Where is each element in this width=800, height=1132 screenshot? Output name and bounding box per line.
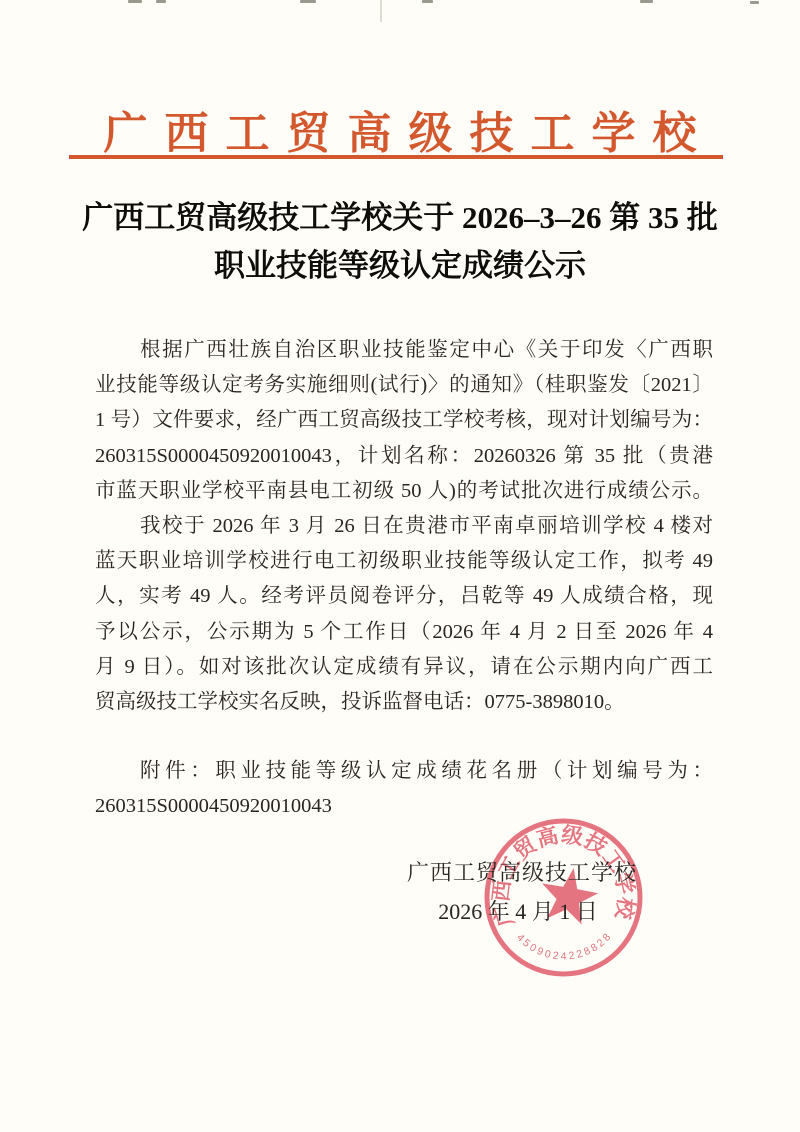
body-line: 业技能等级认定考务实施细则(试行)〉的通知》（桂职鉴发〔2021〕 [95,368,713,403]
scan-artifact [750,1,759,4]
body-line: 根据广西壮族自治区职业技能鉴定中心《关于印发〈广西职 [95,333,713,368]
document-page: 广西工贸高级技工学校 广西工贸高级技工学校关于 2026–3–26 第 35 批… [0,0,800,1132]
scan-artifact [300,0,316,3]
document-title-line1: 广西工贸高级技工学校关于 2026–3–26 第 35 批 [0,194,800,242]
body-line: 蓝天职业培训学校进行电工初级职业技能等级认定工作，拟考 49 [95,544,713,579]
body-line: 1 号）文件要求，经广西工贸高级技工学校考核，现对计划编号为： [95,403,713,438]
paragraph-1: 根据广西壮族自治区职业技能鉴定中心《关于印发〈广西职 业技能等级认定考务实施细则… [95,333,713,509]
scan-artifact [422,0,433,3]
scan-artifact [128,0,142,3]
document-title-line2: 职业技能等级认定成绩公示 [0,242,800,290]
attachment-line1: 附件：职业技能等级认定成绩花名册（计划编号为： [95,754,713,789]
signature-date: 2026 年 4 月 1 日 [428,895,608,926]
signature-org-name: 广西工贸高级技工学校 [402,856,642,887]
scan-artifact [640,0,653,3]
body-line: 我校于 2026 年 3 月 26 日在贵港市平南卓丽培训学校 4 楼对 [95,509,713,544]
document-body: 根据广西壮族自治区职业技能鉴定中心《关于印发〈广西职 业技能等级认定考务实施细则… [95,333,713,824]
letterhead-school-name: 广西工贸高级技工学校 [0,97,800,161]
scan-artifact [156,0,166,3]
seal-number: 4509024228828 [514,929,615,962]
body-line: 市蓝天职业学校平南县电工初级 50 人)的考试批次进行成绩公示。 [95,474,713,509]
letterhead-divider [69,155,723,159]
paragraph-2: 我校于 2026 年 3 月 26 日在贵港市平南卓丽培训学校 4 楼对 蓝天职… [95,509,713,720]
body-line: 贸高级技工学校实名反映，投诉监督电话：0775-3898010。 [95,685,713,720]
body-line: 予以公示，公示期为 5 个工作日（2026 年 4 月 2 日至 2026 年 … [95,615,713,650]
body-line: 260315S0000450920010043，计划名称：20260326 第 … [95,439,713,474]
scan-artifact [380,0,382,22]
body-line: 月 9 日）。如对该批次认定成绩有异议，请在公示期内向广西工 [95,650,713,685]
body-line: 人，实考 49 人。经考评员阅卷评分，吕乾等 49 人成绩合格，现 [95,579,713,614]
document-title: 广西工贸高级技工学校关于 2026–3–26 第 35 批 职业技能等级认定成绩… [0,194,800,290]
seal-number-container: 4509024228828 [514,929,615,962]
